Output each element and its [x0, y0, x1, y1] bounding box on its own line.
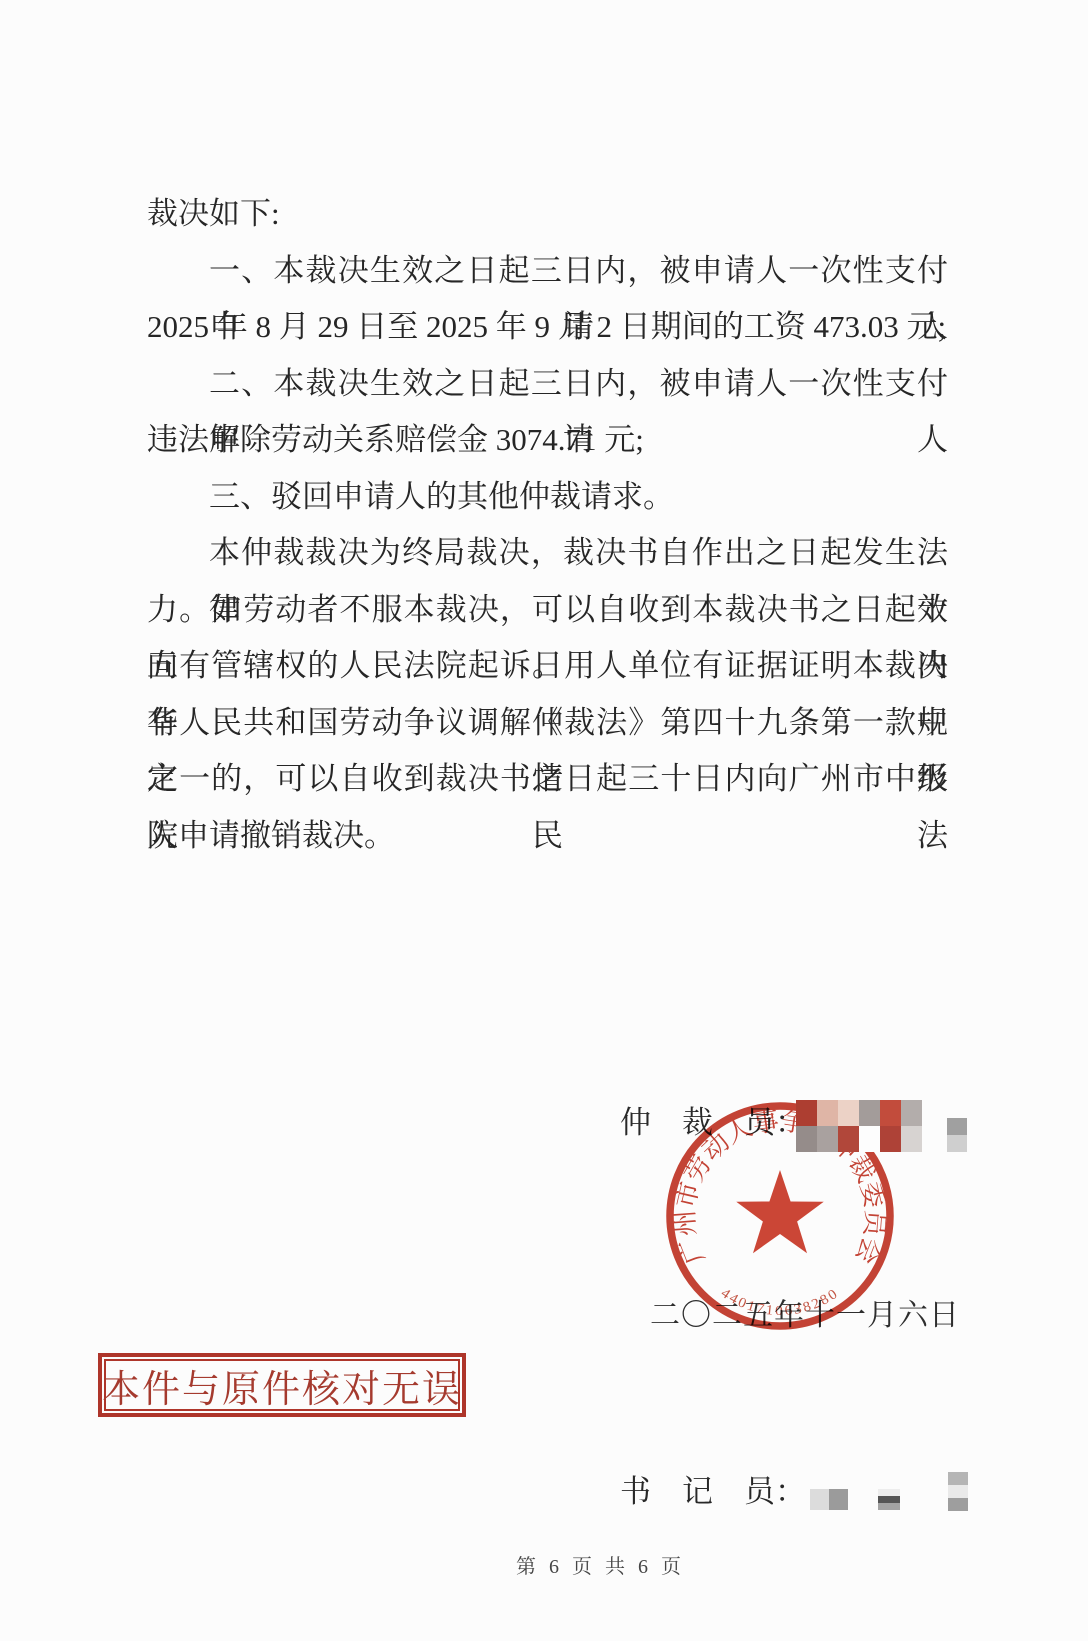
- body-line: 之一的，可以自收到裁决书之日起三十日内向广州市中级人民法: [147, 751, 948, 808]
- body-line: 裁决如下:: [147, 186, 948, 243]
- body-line: 二、本裁决生效之日起三日内，被申请人一次性支付申请人: [147, 356, 948, 413]
- document-page: 裁决如下:一、本裁决生效之日起三日内，被申请人一次性支付申请人2025 年 8 …: [0, 0, 1088, 1641]
- body-line: 一、本裁决生效之日起三日内，被申请人一次性支付申请人: [147, 243, 948, 300]
- page-number-footer: 第 6 页 共 6 页: [516, 1550, 685, 1579]
- clerk-name-redaction-3: [948, 1472, 968, 1511]
- verification-stamp-text: 本件与原件核对无误: [104, 1359, 460, 1411]
- body-line: 三、驳回申请人的其他仲裁请求。: [147, 469, 948, 526]
- seal-star-icon: [736, 1170, 824, 1253]
- body-line: 力。如劳动者不服本裁决，可以自收到本裁决书之日起十五日内: [147, 582, 948, 639]
- clerk-name-redaction: [810, 1489, 848, 1510]
- body-line: 华人民共和国劳动争议调解仲裁法》第四十九条第一款规定情形: [147, 695, 948, 752]
- arbitrator-name-redaction-2: [947, 1118, 967, 1152]
- arbitrator-name-redaction: [796, 1100, 922, 1152]
- clerk-name-redaction-2: [878, 1489, 900, 1510]
- clerk-label: 书 记 员：: [620, 1466, 806, 1511]
- body-text: 裁决如下:一、本裁决生效之日起三日内，被申请人一次性支付申请人2025 年 8 …: [147, 186, 948, 864]
- body-line: 向有管辖权的人民法院起诉。用人单位有证据证明本裁决有《中: [147, 638, 948, 695]
- body-line: 本仲裁裁决为终局裁决，裁决书自作出之日起发生法律效: [147, 525, 948, 582]
- verification-stamp-box: 本件与原件核对无误: [98, 1353, 466, 1417]
- body-line: 2025 年 8 月 29 日至 2025 年 9 月 2 日期间的工资 473…: [147, 299, 948, 356]
